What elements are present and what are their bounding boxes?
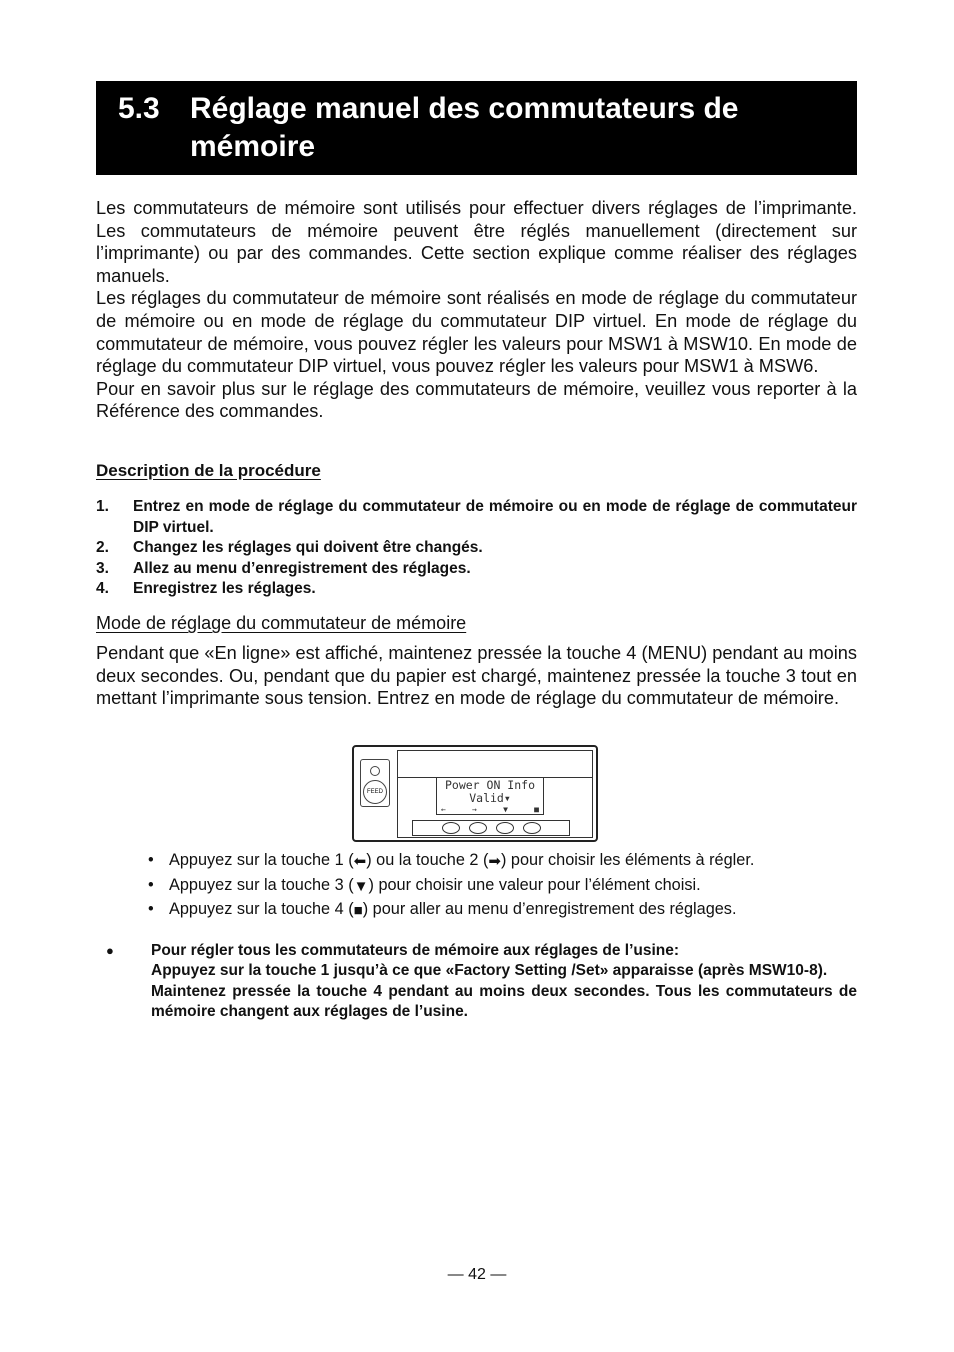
text-segment: ) ou la touche 2 ( <box>366 851 488 869</box>
list-item: • Appuyez sur la touche 3 (▼) pour chois… <box>148 874 857 899</box>
note-heading-text: Pour régler tous les commutateurs de mém… <box>151 941 679 961</box>
note-line: Appuyez sur la touche 1 jusqu’à ce que «… <box>151 961 857 981</box>
arrow-left-icon: ⬅ <box>354 851 367 874</box>
step-number: 4. <box>96 579 133 600</box>
section-title-bar: 5.3 Réglage manuel des commutateurs de m… <box>96 81 857 175</box>
feed-button-area: FEED <box>360 759 390 807</box>
square-icon: ■ <box>354 900 363 923</box>
intro-paragraph: Pour en savoir plus sur le réglage des c… <box>96 378 857 423</box>
key-1 <box>442 822 460 834</box>
feed-button: FEED <box>363 780 387 804</box>
procedure-step: 4.Enregistrez les réglages. <box>96 579 857 600</box>
text-segment: ) pour choisir une valeur pour l’élément… <box>369 876 701 894</box>
intro-paragraph: Les réglages du commutateur de mémoire s… <box>96 287 857 377</box>
procedure-step: 2.Changez les réglages qui doivent être … <box>96 538 857 559</box>
intro-text: Les commutateurs de mémoire sont utilisé… <box>96 197 857 423</box>
bullet-text: Appuyez sur la touche 1 (⬅) ou la touche… <box>169 849 857 874</box>
key-4 <box>523 822 541 834</box>
lcd-screen: Power ON Info Valid▾ ← → ▼ ■ <box>436 777 544 815</box>
procedure-steps: 1.Entrez en mode de réglage du commutate… <box>96 497 857 600</box>
step-text: Entrez en mode de réglage du commutateur… <box>133 497 857 538</box>
intro-paragraph: Les commutateurs de mémoire sont utilisé… <box>96 197 857 287</box>
step-text: Changez les réglages qui doivent être ch… <box>133 538 857 559</box>
procedure-heading: Description de la procédure <box>96 461 321 481</box>
bullet-dot-icon: ● <box>106 941 151 961</box>
section-title: Réglage manuel des commutateurs de mémoi… <box>190 90 840 166</box>
section-number: 5.3 <box>118 90 160 128</box>
list-item: • Appuyez sur la touche 4 (■) pour aller… <box>148 898 857 923</box>
text-segment: Appuyez sur la touche 4 ( <box>169 900 354 918</box>
arrow-right-icon: ➡ <box>488 851 501 874</box>
bullet-text: Appuyez sur la touche 4 (■) pour aller a… <box>169 898 857 923</box>
procedure-step: 1.Entrez en mode de réglage du commutate… <box>96 497 857 538</box>
bullet-text: Appuyez sur la touche 3 (▼) pour choisir… <box>169 874 857 899</box>
factory-reset-note: ● Pour régler tous les commutateurs de m… <box>106 941 857 1022</box>
square-icon: ■ <box>534 805 539 814</box>
text-segment: Appuyez sur la touche 1 ( <box>169 851 354 869</box>
step-number: 2. <box>96 538 133 559</box>
procedure-step: 3.Allez au menu d’enregistrement des rég… <box>96 559 857 580</box>
lcd-key-icons: ← → ▼ ■ <box>441 805 539 814</box>
triangle-down-icon: ▼ <box>354 876 369 899</box>
note-heading: ● Pour régler tous les commutateurs de m… <box>106 941 857 961</box>
text-segment: Appuyez sur la touche 3 ( <box>169 876 354 894</box>
mode-text: Pendant que «En ligne» est affiché, main… <box>96 642 857 710</box>
step-number: 1. <box>96 497 133 538</box>
key-3 <box>496 822 514 834</box>
note-line: Maintenez pressée la touche 4 pendant au… <box>151 982 857 1023</box>
text-segment: ) pour choisir les éléments à régler. <box>501 851 754 869</box>
step-text: Allez au menu d’enregistrement des régla… <box>133 559 857 580</box>
key-instructions: • Appuyez sur la touche 1 (⬅) ou la touc… <box>148 849 857 923</box>
arrow-right-icon: → <box>472 805 477 814</box>
step-number: 3. <box>96 559 133 580</box>
display-frame: Power ON Info Valid▾ ← → ▼ ■ <box>397 750 593 838</box>
text-segment: ) pour aller au menu d’enregistrement de… <box>363 900 737 918</box>
note-body: Appuyez sur la touche 1 jusqu’à ce que «… <box>151 961 857 1022</box>
mode-heading: Mode de réglage du commutateur de mémoir… <box>96 613 466 634</box>
list-item: • Appuyez sur la touche 1 (⬅) ou la touc… <box>148 849 857 874</box>
bullet-icon: • <box>148 898 169 923</box>
bullet-icon: • <box>148 849 169 874</box>
key-row <box>412 820 570 836</box>
lcd-line-2: Valid▾ <box>437 792 543 805</box>
triangle-down-icon: ▼ <box>503 805 508 814</box>
led-indicator-icon <box>370 766 380 776</box>
arrow-left-icon: ← <box>441 805 446 814</box>
bullet-icon: • <box>148 874 169 899</box>
printer-control-panel-illustration: FEED Power ON Info Valid▾ ← → ▼ ■ <box>352 745 598 842</box>
key-2 <box>469 822 487 834</box>
page-number: — 42 — <box>0 1266 954 1284</box>
step-text: Enregistrez les réglages. <box>133 579 857 600</box>
